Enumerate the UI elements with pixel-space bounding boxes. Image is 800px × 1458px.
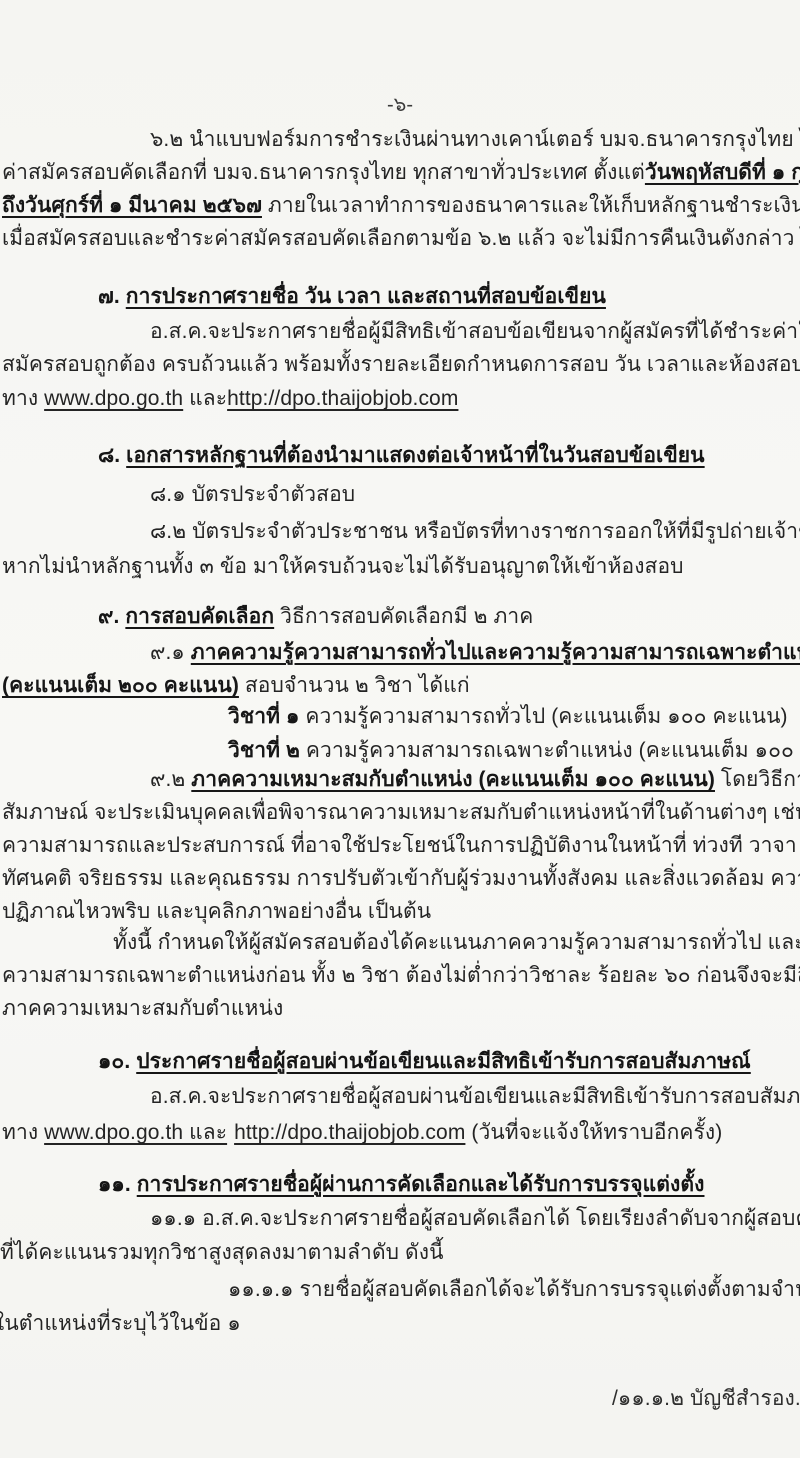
item-111-line2: ที่ได้คะแนนรวมทุกวิชาสูงสุดลงมาตามลำดับ … <box>0 1237 800 1269</box>
section-7-text: ทาง <box>2 387 44 410</box>
section-10-line1: อ.ส.ค.จะประกาศรายชื่อผู้สอบผ่านข้อเขียนแ… <box>0 1081 800 1113</box>
section-7-line2: สมัครสอบถูกต้อง ครบถ้วนแล้ว พร้อมทั้งราย… <box>0 349 800 381</box>
section-9-note-text: ภาคความเหมาะสมกับตำแหน่ง <box>2 997 283 1020</box>
para-62-text: ภายในเวลาทำการของธนาคารและให้เก็บหลักฐาน… <box>262 194 800 217</box>
item-1111-text: ๑๑.๑.๑ รายชื่อผู้สอบคัดเลือกได้จะได้รับก… <box>228 1278 800 1301</box>
item-1111-line2: ในตำแหน่งที่ระบุไว้ในข้อ ๑ <box>0 1308 800 1340</box>
section-9-note-text: ความสามารถเฉพาะตำแหน่งก่อน ทั้ง ๒ วิชา ต… <box>2 964 800 987</box>
payment-end-date: ถึงวันศุกร์ที่ ๑ มีนาคม ๒๕๖๗ <box>2 194 262 217</box>
item-92-line5: ปฏิภาณไหวพริบ และบุคลิกภาพอย่างอื่น เป็น… <box>0 896 800 928</box>
section-10-number: ๑๐. <box>98 1050 136 1073</box>
section-11-number: ๑๑. <box>98 1173 137 1196</box>
item-91-text: สอบจำนวน ๒ วิชา ได้แก่ <box>239 674 470 697</box>
item-92-line3: ความสามารถและประสบการณ์ ที่อาจใช้ประโยชน… <box>0 830 800 862</box>
section-8-note-text: หากไม่นำหลักฐานทั้ง ๓ ข้อ มาให้ครบถ้วนจะ… <box>2 555 684 578</box>
section-10-text: ทาง <box>2 1121 44 1144</box>
section-10-line2: ทาง www.dpo.go.th และhttp://dpo.thaijobj… <box>0 1117 800 1149</box>
section-7-text: และ <box>183 387 227 410</box>
section-10-title: ประกาศรายชื่อผู้สอบผ่านข้อเขียนและมีสิทธ… <box>136 1050 751 1073</box>
para-62-line3: ถึงวันศุกร์ที่ ๑ มีนาคม ๒๕๖๗ ภายในเวลาทำ… <box>0 190 800 222</box>
para-62-text: ค่าสมัครสอบคัดเลือกที่ บมจ.ธนาคารกรุงไทย… <box>2 161 645 184</box>
item-92-line4: ทัศนคติ จริยธรรม และคุณธรรม การปรับตัวเข… <box>0 863 800 895</box>
subject-2-text: ความรู้ความสามารถเฉพาะตำแหน่ง (คะแนนเต็ม… <box>300 739 800 762</box>
para-62-text: ๖.๒ นำแบบฟอร์มการชำระเงินผ่านทางเคาน์เตอ… <box>150 128 800 151</box>
page-continuation-marker: /๑๑.๑.๒ บัญชีสำรอง..... <box>0 1383 800 1415</box>
item-81-text: ๘.๑ บัตรประจำตัวสอบ <box>150 483 355 506</box>
section-7-title: การประกาศรายชื่อ วัน เวลา และสถานที่สอบข… <box>126 285 606 308</box>
thaijobjob-url: http://dpo.thaijobjob.com <box>234 1121 465 1144</box>
section-11-heading: ๑๑. การประกาศรายชื่อผู้ผ่านการคัดเลือกแล… <box>0 1169 800 1201</box>
item-81: ๘.๑ บัตรประจำตัวสอบ <box>0 479 800 511</box>
item-92-text: สัมภาษณ์ จะประเมินบุคคลเพื่อพิจารณาความเ… <box>2 801 800 824</box>
section-9-subtitle: วิธีการสอบคัดเลือกมี ๒ ภาค <box>274 605 533 628</box>
item-91-number: ๙.๑ <box>150 641 191 664</box>
payment-start-date: วันพฤหัสบดีที่ ๑ กุมภาพันธ์ ๒๕๖๗ <box>645 161 800 184</box>
thaijobjob-url: http://dpo.thaijobjob.com <box>227 387 458 410</box>
section-7-number: ๗. <box>98 285 126 308</box>
page-number: -๖- <box>0 88 800 120</box>
subject-1-label: วิชาที่ ๑ <box>228 705 299 728</box>
scanned-document-page: -๖- ๖.๒ นำแบบฟอร์มการชำระเงินผ่านทางเคาน… <box>0 0 800 1458</box>
section-8-number: ๘. <box>98 444 126 467</box>
section-7-line3: ทาง www.dpo.go.th และhttp://dpo.thaijobj… <box>0 383 800 415</box>
section-10-text: (วันที่จะแจ้งให้ทราบอีกครั้ง) <box>465 1121 722 1144</box>
subject-1-line: วิชาที่ ๑ ความรู้ความสามารถทั่วไป (คะแนน… <box>0 701 800 733</box>
section-9-note-line2: ความสามารถเฉพาะตำแหน่งก่อน ทั้ง ๒ วิชา ต… <box>0 960 800 992</box>
subject-2-label: วิชาที่ ๒ <box>228 739 300 762</box>
section-8-title: เอกสารหลักฐานที่ต้องนำมาแสดงต่อเจ้าหน้าท… <box>126 444 704 467</box>
section-7-text: สมัครสอบถูกต้อง ครบถ้วนแล้ว พร้อมทั้งราย… <box>2 353 800 376</box>
section-9-note-line3: ภาคความเหมาะสมกับตำแหน่ง <box>0 993 800 1025</box>
subject-1-text: ความรู้ความสามารถทั่วไป (คะแนนเต็ม ๑๐๐ ค… <box>299 705 787 728</box>
section-9-number: ๙. <box>98 605 125 628</box>
item-111-text: ที่ได้คะแนนรวมทุกวิชาสูงสุดลงมาตามลำดับ … <box>0 1241 444 1264</box>
item-92-text: ปฏิภาณไหวพริบ และบุคลิกภาพอย่างอื่น เป็น… <box>2 900 431 923</box>
section-9-note-line1: ทั้งนี้ กำหนดให้ผู้สมัครสอบต้องได้คะแนนภ… <box>0 927 800 959</box>
item-111-text: ๑๑.๑ อ.ส.ค.จะประกาศรายชื่อผู้สอบคัดเลือก… <box>150 1207 800 1230</box>
dpo-website-url: www.dpo.go.th <box>44 387 183 410</box>
item-91-line2: (คะแนนเต็ม ๒๐๐ คะแนน) สอบจำนวน ๒ วิชา ได… <box>0 670 800 702</box>
item-1111-line1: ๑๑.๑.๑ รายชื่อผู้สอบคัดเลือกได้จะได้รับก… <box>0 1274 800 1306</box>
item-92-line1: ๙.๒ ภาคความเหมาะสมกับตำแหน่ง (คะแนนเต็ม … <box>0 764 800 796</box>
section-8-note: หากไม่นำหลักฐานทั้ง ๓ ข้อ มาให้ครบถ้วนจะ… <box>0 551 800 583</box>
item-92-text: ทัศนคติ จริยธรรม และคุณธรรม การปรับตัวเข… <box>2 867 800 890</box>
para-62-line4: เมื่อสมัครสอบและชำระค่าสมัครสอบคัดเลือกต… <box>0 223 800 255</box>
subject-2-line: วิชาที่ ๒ ความรู้ความสามารถเฉพาะตำแหน่ง … <box>0 735 800 767</box>
item-92-text: ความสามารถและประสบการณ์ ที่อาจใช้ประโยชน… <box>2 834 800 857</box>
item-92-line2: สัมภาษณ์ จะประเมินบุคคลเพื่อพิจารณาความเ… <box>0 797 800 829</box>
item-92-number: ๙.๒ <box>150 768 191 791</box>
section-10-text: อ.ส.ค.จะประกาศรายชื่อผู้สอบผ่านข้อเขียนแ… <box>150 1085 800 1108</box>
section-7-line1: อ.ส.ค.จะประกาศรายชื่อผู้มีสิทธิเข้าสอบข้… <box>0 316 800 348</box>
item-82: ๘.๒ บัตรประจำตัวประชาชน หรือบัตรที่ทางรา… <box>0 516 800 548</box>
para-62-line1: ๖.๒ นำแบบฟอร์มการชำระเงินผ่านทางเคาน์เตอ… <box>0 124 800 156</box>
item-92-text: โดยวิธีการสอบ <box>715 768 800 791</box>
item-111-line1: ๑๑.๑ อ.ส.ค.จะประกาศรายชื่อผู้สอบคัดเลือก… <box>0 1203 800 1235</box>
item-92-title: ภาคความเหมาะสมกับตำแหน่ง (คะแนนเต็ม ๑๐๐ … <box>191 768 715 791</box>
section-9-note-text: ทั้งนี้ กำหนดให้ผู้สมัครสอบต้องได้คะแนนภ… <box>113 931 800 954</box>
item-91-title: ภาคความรู้ความสามารถทั่วไปและความรู้ความ… <box>191 641 800 664</box>
para-62-text: เมื่อสมัครสอบและชำระค่าสมัครสอบคัดเลือกต… <box>2 227 800 250</box>
item-91-score: (คะแนนเต็ม ๒๐๐ คะแนน) <box>2 674 239 697</box>
continuation-text: /๑๑.๑.๒ บัญชีสำรอง..... <box>612 1387 800 1410</box>
item-1111-text: ในตำแหน่งที่ระบุไว้ในข้อ ๑ <box>0 1312 241 1335</box>
item-91-line1: ๙.๑ ภาคความรู้ความสามารถทั่วไปและความรู้… <box>0 637 800 669</box>
section-9-title: การสอบคัดเลือก <box>125 605 274 628</box>
section-10-heading: ๑๐. ประกาศรายชื่อผู้สอบผ่านข้อเขียนและมี… <box>0 1046 800 1078</box>
para-62-line2: ค่าสมัครสอบคัดเลือกที่ บมจ.ธนาคารกรุงไทย… <box>0 157 800 189</box>
section-8-heading: ๘. เอกสารหลักฐานที่ต้องนำมาแสดงต่อเจ้าหน… <box>0 440 800 472</box>
dpo-website-url: www.dpo.go.th และ <box>44 1121 227 1144</box>
item-82-text: ๘.๒ บัตรประจำตัวประชาชน หรือบัตรที่ทางรา… <box>150 520 800 543</box>
section-9-heading: ๙. การสอบคัดเลือก วิธีการสอบคัดเลือกมี ๒… <box>0 601 800 633</box>
section-7-heading: ๗. การประกาศรายชื่อ วัน เวลา และสถานที่ส… <box>0 281 800 313</box>
section-11-title: การประกาศรายชื่อผู้ผ่านการคัดเลือกและได้… <box>137 1173 705 1196</box>
section-7-text: อ.ส.ค.จะประกาศรายชื่อผู้มีสิทธิเข้าสอบข้… <box>150 320 800 343</box>
